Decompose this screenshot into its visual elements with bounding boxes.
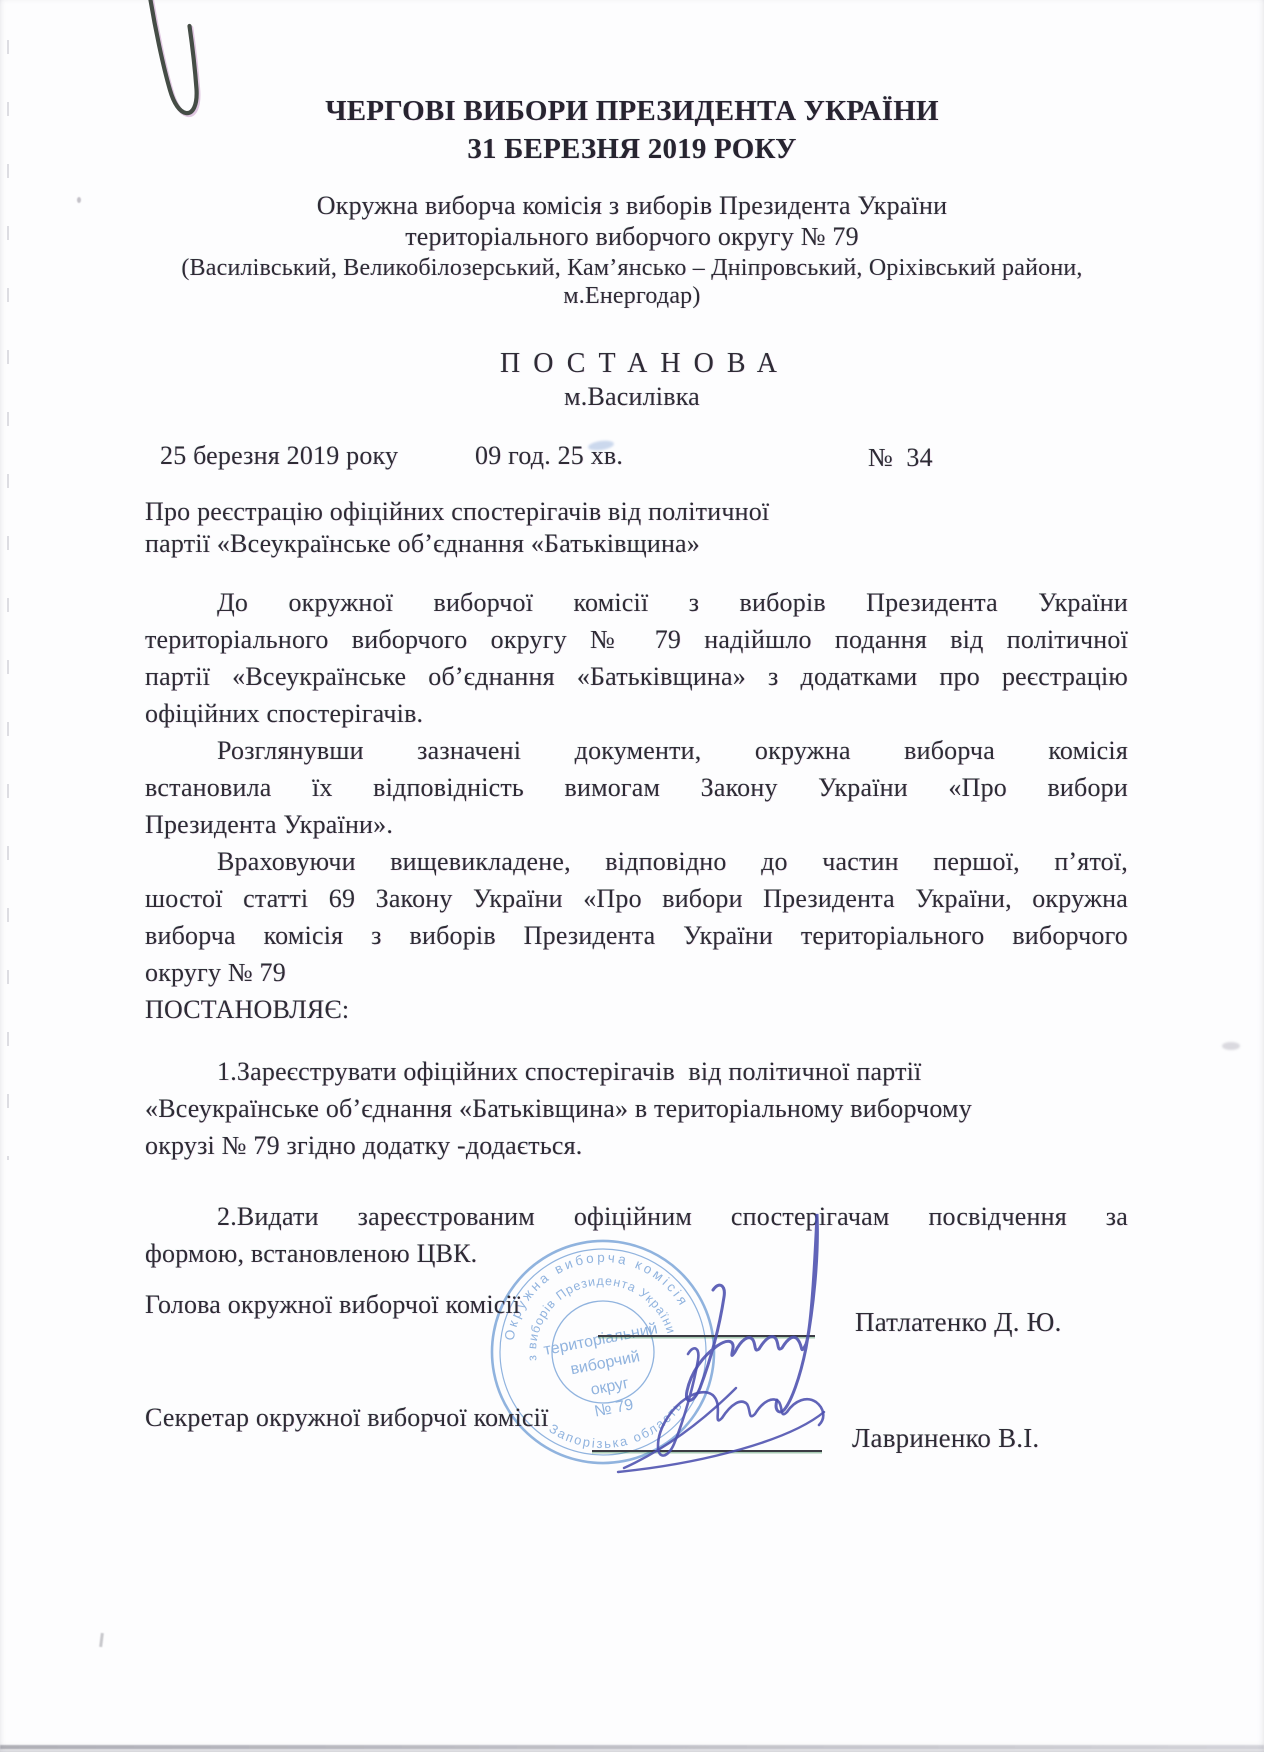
body-line: шостої статті 69 Закону України «Про виб… [145, 882, 1128, 916]
signature-secretary-ink-tail [618, 1412, 824, 1472]
doc-date: 25 березня 2019 року [160, 439, 398, 473]
doc-title-line2: 31 БЕРЕЗНЯ 2019 РОКУ [0, 132, 1264, 166]
doc-time: 09 год. 25 хв. [475, 439, 623, 473]
scanned-document-page: ЧЕРГОВІ ВИБОРИ ПРЕЗИДЕНТА УКРАЇНИ 31 БЕР… [0, 0, 1264, 1752]
org-name-line1: Окружна виборча комісія з виборів Презид… [0, 189, 1264, 223]
doc-type-heading: ПОСТАНОВА [0, 347, 1264, 381]
handwritten-signatures-ink [560, 1080, 1160, 1500]
scan-speck [99, 1633, 104, 1647]
body-line: офіційних спостерігачів. [145, 697, 1128, 731]
signature-head-ink [686, 1214, 817, 1412]
subject-line1: Про реєстрацію офіційних спостерігачів в… [145, 495, 1128, 529]
body-line: встановила їх відповідність вимогам Зако… [145, 771, 1128, 805]
doc-number: № 34 [868, 441, 933, 475]
body-line: виборча комісія з виборів Президента Укр… [145, 919, 1128, 953]
doc-title-line1: ЧЕРГОВІ ВИБОРИ ПРЕЗИДЕНТА УКРАЇНИ [0, 94, 1264, 128]
body-line: округу № 79 [145, 956, 1128, 990]
scan-speck [1222, 1042, 1240, 1050]
doc-place: м.Василівка [0, 380, 1264, 414]
signature-secretary-ink [658, 1348, 823, 1455]
org-city-line: м.Енергодар) [0, 279, 1264, 313]
signature-secretary-title: Секретар окружної виборчої комісії [145, 1401, 549, 1435]
body-line: партії «Всеукраїнське об’єднання «Батькі… [145, 660, 1128, 694]
body-line: До окружної виборчої комісії з виборів П… [145, 586, 1128, 620]
body-line: Враховуючи вищевикладене, відповідно до … [145, 845, 1128, 879]
signature-head-title: Голова окружної виборчої комісії [145, 1288, 520, 1322]
scan-edge-bottom [0, 1745, 1264, 1749]
body-line: територіального виборчого округу № 79 на… [145, 623, 1128, 657]
subject-line2: партії «Всеукраїнське об’єднання «Батькі… [145, 527, 1128, 561]
body-line: Розглянувши зазначені документи, окружна… [145, 734, 1128, 768]
body-line: Президента України». [145, 808, 1128, 842]
org-name-line2: територіального виборчого округу № 79 [0, 220, 1264, 254]
resolves-heading: ПОСТАНОВЛЯЄ: [145, 993, 1128, 1027]
